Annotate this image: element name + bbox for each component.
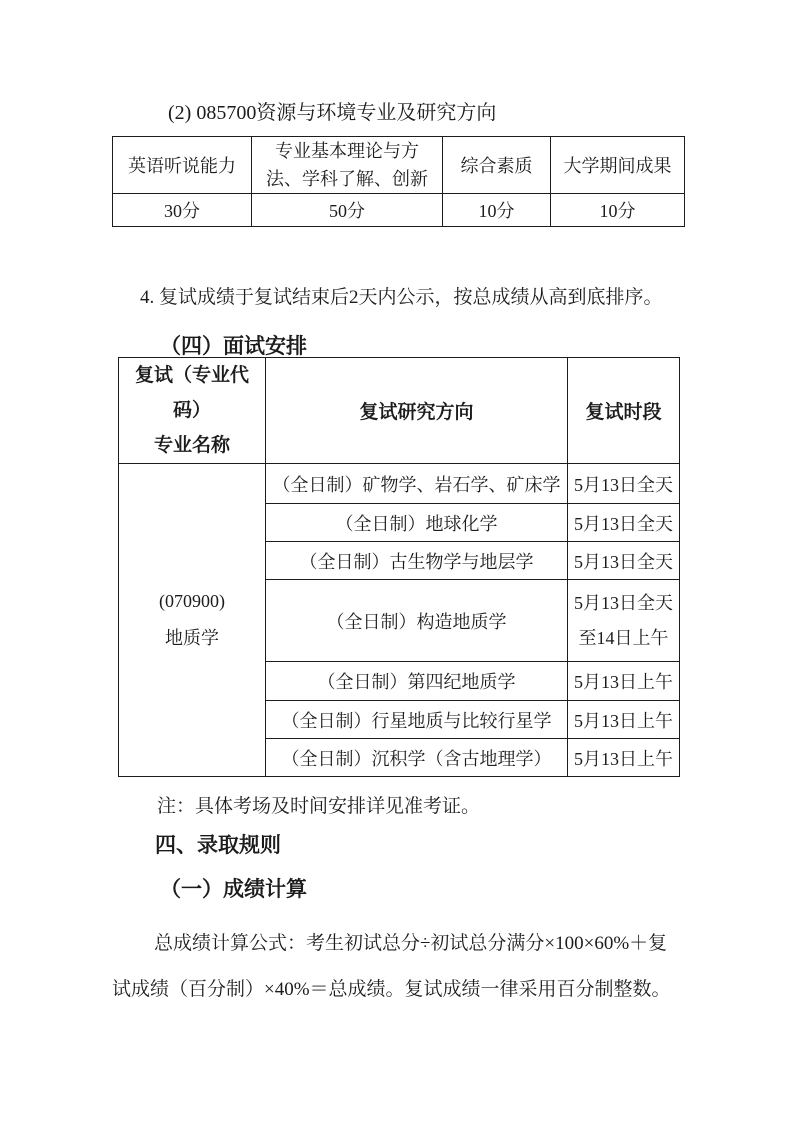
interview-schedule-table: 复试（专业代 码） 专业名称 复试研究方向 复试时段 (070900) 地质学 … (118, 357, 680, 777)
direction-cell: （全日制）行星地质与比较行星学 (266, 701, 568, 739)
time-cell: 5月13日全天 (568, 504, 680, 542)
header-cell-program: 复试（专业代 码） 专业名称 (119, 358, 266, 464)
header-cell-research-direction: 复试研究方向 (266, 358, 568, 464)
value-cell-theory: 50分 (252, 194, 443, 227)
time-cell: 5月13日全天 (568, 542, 680, 580)
header-theory-line-1: 专业基本理论与方 (252, 137, 442, 165)
header-theory-line-2: 法、学科了解、创新 (252, 165, 442, 193)
table-row: (070900) 地质学 （全日制）矿物学、岩石学、矿床学 5月13日全天 (119, 464, 680, 504)
direction-cell: （全日制）第四纪地质学 (266, 662, 568, 701)
formula-line-1: 总成绩计算公式：考生初试总分÷初试总分满分×100×60%＋复 (112, 921, 671, 967)
time-cell: 5月13日上午 (568, 662, 680, 701)
time-line-1: 5月13日全天 (568, 586, 679, 621)
header-program-line-1: 复试（专业代 (119, 358, 265, 393)
heading-score-calculation: （一）成绩计算 (160, 876, 307, 903)
time-cell-two-lines: 5月13日全天 至14日上午 (568, 580, 680, 662)
direction-cell: （全日制）矿物学、岩石学、矿床学 (266, 464, 568, 504)
value-cell-quality: 10分 (443, 194, 551, 227)
header-program-line-3: 专业名称 (119, 428, 265, 463)
time-cell: 5月13日全天 (568, 464, 680, 504)
direction-cell: （全日制）构造地质学 (266, 580, 568, 662)
direction-cell: （全日制）古生物学与地层学 (266, 542, 568, 580)
program-cell-geology: (070900) 地质学 (119, 464, 266, 777)
header-cell-theory: 专业基本理论与方 法、学科了解、创新 (252, 137, 443, 194)
paragraph-result-publish: 4. 复试成绩于复试结束后2天内公示，按总成绩从高到底排序。 (112, 284, 663, 311)
heading-admission-rules: 四、录取规则 (155, 832, 281, 859)
heading-interview-arrangement: （四）面试安排 (160, 333, 307, 359)
table-value-row: 30分 50分 10分 10分 (113, 194, 685, 227)
program-code: (070900) (119, 583, 265, 620)
table-header-row: 英语听说能力 专业基本理论与方 法、学科了解、创新 综合素质 大学期间成果 (113, 137, 685, 194)
value-cell-achievement: 10分 (551, 194, 685, 227)
formula-paragraph: 总成绩计算公式：考生初试总分÷初试总分满分×100×60%＋复 试成绩（百分制）… (112, 921, 671, 1013)
time-line-2: 至14日上午 (568, 621, 679, 656)
document-page: (2) 085700资源与环境专业及研究方向 英语听说能力 专业基本理论与方 法… (0, 0, 793, 1121)
subsection-heading-085700: (2) 085700资源与环境专业及研究方向 (168, 100, 496, 126)
formula-line-2: 试成绩（百分制）×40%＝总成绩。复试成绩一律采用百分制整数。 (112, 967, 671, 1013)
score-weight-table: 英语听说能力 专业基本理论与方 法、学科了解、创新 综合素质 大学期间成果 30… (112, 136, 685, 227)
value-cell-english: 30分 (113, 194, 252, 227)
direction-cell: （全日制）地球化学 (266, 504, 568, 542)
table-header-row: 复试（专业代 码） 专业名称 复试研究方向 复试时段 (119, 358, 680, 464)
direction-cell: （全日制）沉积学（含古地理学） (266, 739, 568, 777)
header-cell-achievement: 大学期间成果 (551, 137, 685, 194)
note-exam-room: 注：具体考场及时间安排详见准考证。 (157, 794, 480, 820)
header-cell-english-listening: 英语听说能力 (113, 137, 252, 194)
header-program-line-2: 码） (119, 393, 265, 428)
time-cell: 5月13日上午 (568, 701, 680, 739)
header-cell-quality: 综合素质 (443, 137, 551, 194)
header-cell-time-slot: 复试时段 (568, 358, 680, 464)
program-name: 地质学 (119, 620, 265, 657)
time-cell: 5月13日上午 (568, 739, 680, 777)
